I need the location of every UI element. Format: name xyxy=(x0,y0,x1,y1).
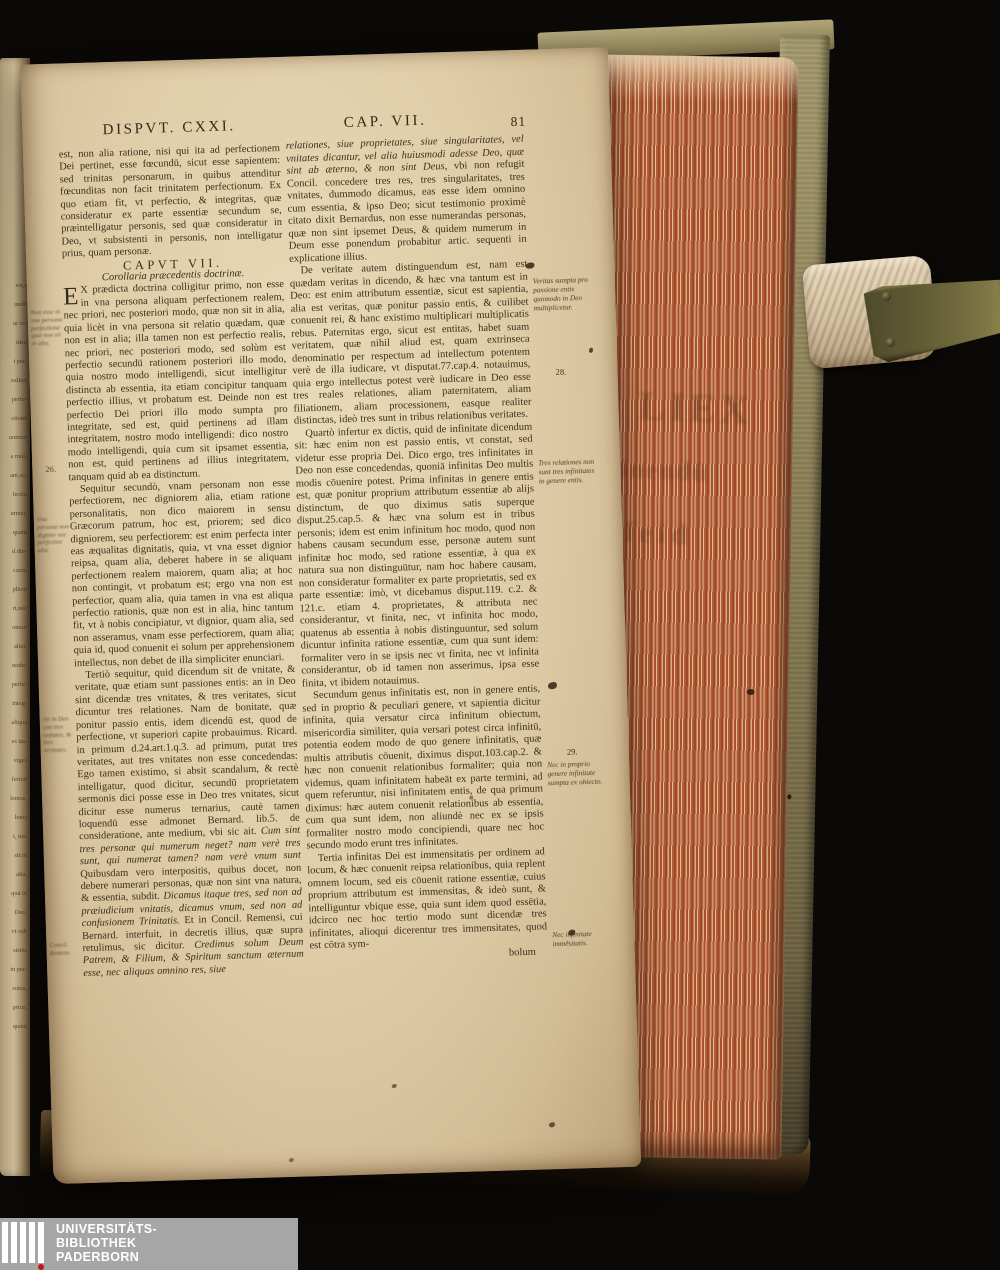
margin-number-28: 28. xyxy=(555,367,566,377)
book-clasp xyxy=(806,252,1000,382)
logo-bar xyxy=(11,1222,17,1263)
clasp-rivet xyxy=(886,338,895,347)
margin-note-tres-relationes: Tres relationes non sunt tres infinitate… xyxy=(538,458,595,486)
margin-note-nec-proprio: Nec in proprio genere infinitate sumpta … xyxy=(547,760,604,788)
ink-speck xyxy=(747,689,755,695)
running-header-caput: CAP. VII. xyxy=(290,111,480,134)
fore-edge-top-highlight xyxy=(596,54,799,103)
margin-note-veritas: Veritas sumpta pro passione entis quomod… xyxy=(533,276,590,313)
ink-speck xyxy=(392,1084,397,1088)
library-name: UNIVERSITÄTS-BIBLIOTHEKPADERBORN xyxy=(56,1223,157,1264)
ink-speck xyxy=(549,1122,555,1127)
margin-number-26: 26. xyxy=(45,464,56,474)
paragraph-continuation: est, non alia ratione, nisi qui ita ad p… xyxy=(59,143,283,261)
logo-bar xyxy=(20,1222,26,1263)
drop-cap: E xyxy=(63,285,81,308)
library-logo: UNIVERSITÄTS-BIBLIOTHEKPADERBORN xyxy=(0,1218,298,1270)
paragraph-quarto: Quartò infertur ex dictis, quid de infin… xyxy=(294,421,540,690)
text-column-left: est, non alia ratione, nisi qui ita ad p… xyxy=(59,143,305,980)
paragraph-first-corollary: EX prædicta doctrina colligitur primo, n… xyxy=(63,279,290,484)
running-header-disputatio: DISPVT. CXXI. xyxy=(58,117,280,141)
text-column-right: relationes, siue proprietates, siue sing… xyxy=(286,134,548,966)
paragraph-second-corollary: Sequitur secundò, vnam personam non esse… xyxy=(69,478,295,671)
paragraph-third-corollary: Tertiò sequitur, quid dicendum sit de vn… xyxy=(74,664,304,981)
margin-note: Concil. Remens. xyxy=(49,941,81,958)
ink-speck xyxy=(289,1158,294,1162)
paragraph-relationes: relationes, siue proprietates, siue sing… xyxy=(286,134,528,266)
margin-note: An in Deo sint tres vnitates, & tres ver… xyxy=(43,715,76,755)
wormhole xyxy=(787,794,791,799)
logo-red-dot xyxy=(38,1264,44,1270)
paragraph-secundum-genus: Secundum genus infinitatis est, non in g… xyxy=(302,683,545,852)
right-margin-notes: Veritas sumpta pro passione entis quomod… xyxy=(526,48,617,1169)
logo-bar xyxy=(2,1222,8,1263)
paragraph-de-veritate: De veritate autem distinguendum est, nam… xyxy=(289,259,532,428)
margin-number-29: 29. xyxy=(567,746,578,756)
margin-note-nec-immensitate: Nec infinitate immēsitatis. xyxy=(552,930,609,949)
logo-bar xyxy=(29,1222,35,1263)
clasp-rivet xyxy=(882,292,891,301)
margin-note: Vna persona non dignior nec perfectior a… xyxy=(37,515,70,555)
logo-bar xyxy=(38,1222,44,1263)
paragraph-tertia-infinitas: Tertia infinitas Dei est immensitatis pe… xyxy=(307,846,548,953)
page-number: 81 xyxy=(480,114,526,131)
margin-note: Non esse in vna persona perfectionē quæ … xyxy=(31,308,64,348)
book-page: DISPVT. CXXI. CAP. VII. 81 est, non alia… xyxy=(20,47,641,1184)
